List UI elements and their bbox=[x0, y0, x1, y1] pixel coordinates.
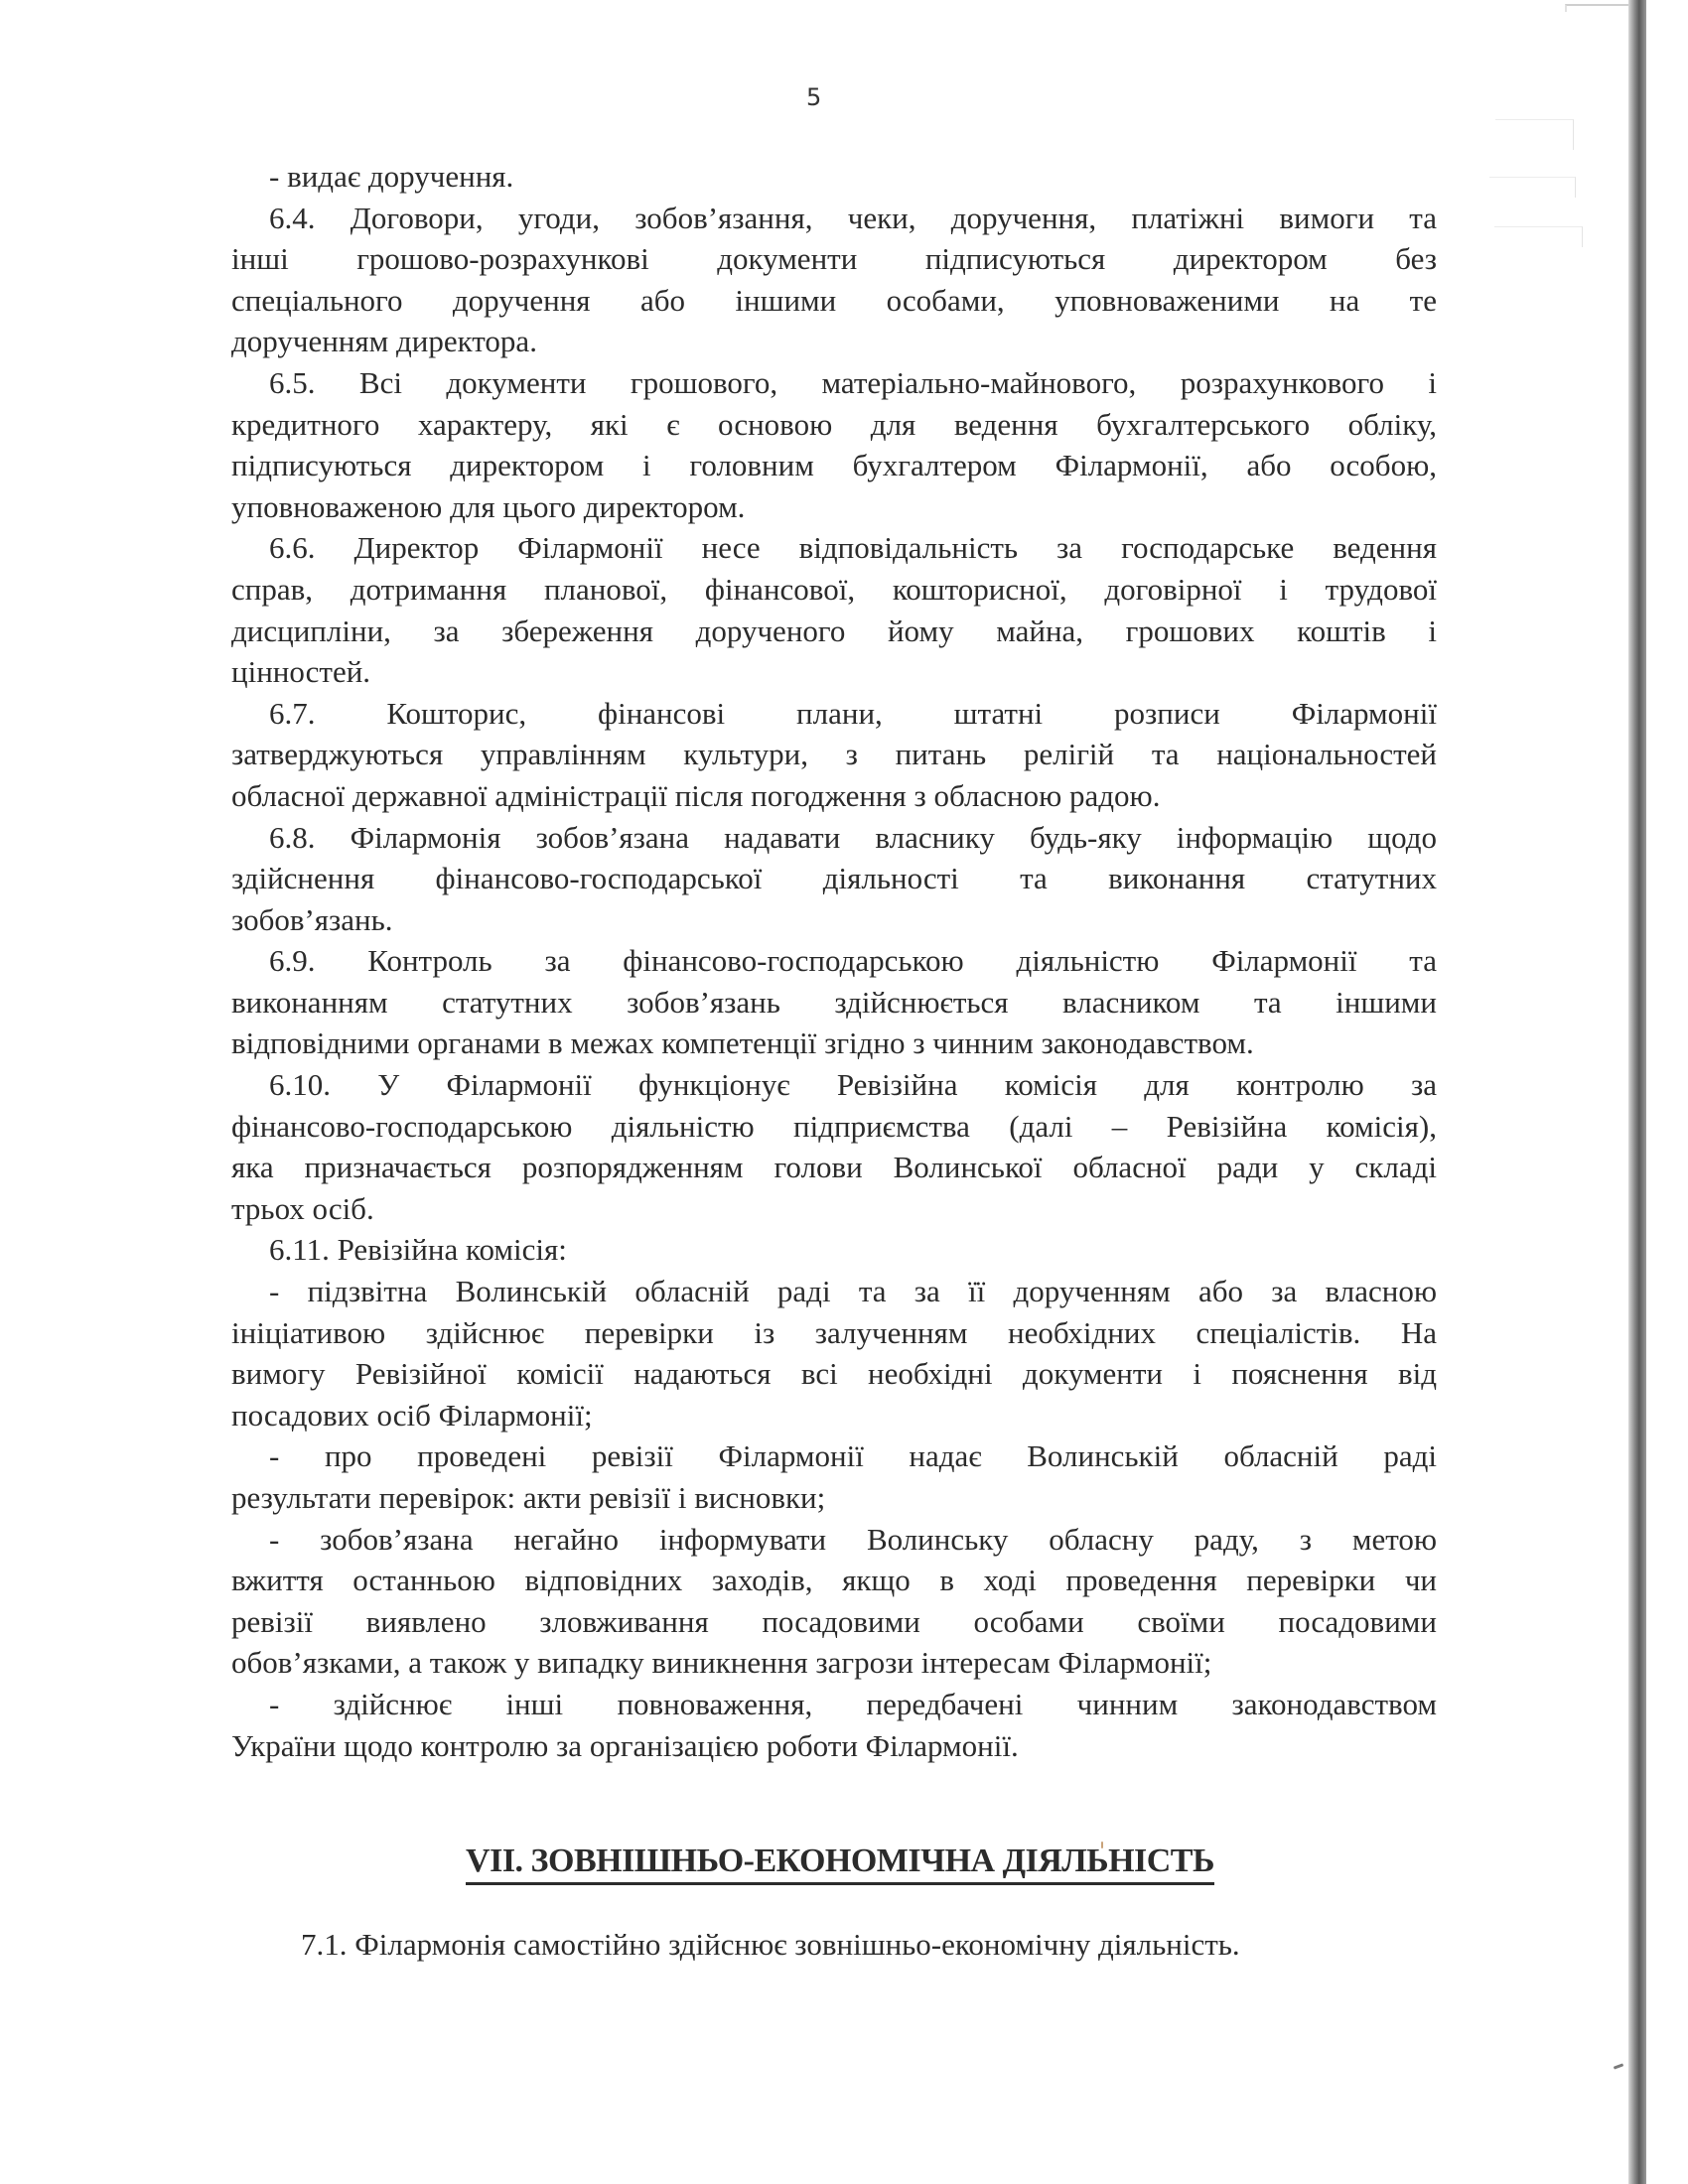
text-line: України щодо контролю за організацією ро… bbox=[231, 1725, 1437, 1767]
text-line: вжиття останньою відповідних заходів, як… bbox=[231, 1560, 1437, 1601]
document-body: - видає доручення. 6.4. Договори, угоди,… bbox=[231, 156, 1437, 1766]
text-line: - зобов’язана негайно інформувати Волинс… bbox=[231, 1519, 1437, 1561]
text-line: відповідними органами в межах компетенці… bbox=[231, 1023, 1437, 1064]
text-line: спеціального доручення або іншими особам… bbox=[231, 280, 1437, 322]
paragraph-7-1: 7.1. Філармонія самостійно здійснює зовн… bbox=[301, 1924, 1240, 1966]
text-line: 6.9. Контроль за фінансово-господарською… bbox=[231, 940, 1437, 982]
text-line: цінностей. bbox=[231, 651, 1437, 693]
text-line: зобов’язань. bbox=[231, 899, 1437, 941]
scan-speck bbox=[1614, 2063, 1623, 2069]
text-line: - здійснює інші повноваження, передбачен… bbox=[231, 1684, 1437, 1725]
text-line: фінансово-господарською діяльністю підпр… bbox=[231, 1106, 1437, 1148]
text-line: результати перевірок: акти ревізії і вис… bbox=[231, 1477, 1437, 1519]
text-line: обласної державної адміністрації після п… bbox=[231, 775, 1437, 817]
text-line: 6.8. Філармонія зобов’язана надавати вла… bbox=[231, 817, 1437, 859]
text-line: 6.4. Договори, угоди, зобов’язання, чеки… bbox=[231, 198, 1437, 239]
text-line: - видає доручення. bbox=[231, 156, 1437, 198]
text-line: посадових осіб Філармонії; bbox=[231, 1395, 1437, 1436]
text-line: справ, дотримання планової, фінансової, … bbox=[231, 569, 1437, 611]
text-line: ревізії виявлено зловживання посадовими … bbox=[231, 1601, 1437, 1643]
text-line: 6.6. Директор Філармонії несе відповідал… bbox=[231, 527, 1437, 569]
text-line: 6.10. У Філармонії функціонує Ревізійна … bbox=[231, 1064, 1437, 1106]
text-line: виконанням статутних зобов’язань здійсню… bbox=[231, 982, 1437, 1024]
text-line: - про проведені ревізії Філармонії надає… bbox=[231, 1435, 1437, 1477]
page-number: 5 bbox=[806, 83, 821, 111]
scan-artifact bbox=[1495, 119, 1574, 150]
section-heading: VII. ЗОВНІШНЬО-ЕКОНОМІЧНА ДІЯЛЬНІСТЬ bbox=[0, 1842, 1688, 1885]
text-line: трьох осіб. bbox=[231, 1188, 1437, 1230]
text-line: 6.5. Всі документи грошового, матеріальн… bbox=[231, 362, 1437, 404]
text-line: обов’язками, а також у випадку виникненн… bbox=[231, 1642, 1437, 1684]
text-line: ініціативою здійснює перевірки із залуче… bbox=[231, 1312, 1437, 1354]
scan-artifact bbox=[1494, 226, 1583, 247]
text-line: вимогу Ревізійної комісії надаються всі … bbox=[231, 1353, 1437, 1395]
text-line: дисципліни, за збереження дорученого йом… bbox=[231, 611, 1437, 652]
text-line: дорученням директора. bbox=[231, 321, 1437, 362]
text-line: затверджуються управлінням культури, з п… bbox=[231, 734, 1437, 775]
text-line: 6.11. Ревізійна комісія: bbox=[231, 1229, 1437, 1271]
text-line: інші грошово-розрахункові документи підп… bbox=[231, 238, 1437, 280]
section-heading-text: VII. ЗОВНІШНЬО-ЕКОНОМІЧНА ДІЯЛЬНІСТЬ bbox=[466, 1842, 1214, 1885]
text-line: здійснення фінансово-господарської діяль… bbox=[231, 858, 1437, 899]
text-line: підписуються директором і головним бухга… bbox=[231, 445, 1437, 486]
text-line: 6.7. Кошторис, фінансові плани, штатні р… bbox=[231, 693, 1437, 735]
scan-artifact bbox=[1489, 177, 1576, 198]
text-line: кредитного характеру, які є основою для … bbox=[231, 404, 1437, 446]
text-line: яка призначається розпорядженням голови … bbox=[231, 1147, 1437, 1188]
scan-artifact bbox=[1565, 4, 1636, 12]
text-line: уповноваженою для цього директором. bbox=[231, 486, 1437, 528]
text-line: - підзвітна Волинській обласній раді та … bbox=[231, 1271, 1437, 1312]
